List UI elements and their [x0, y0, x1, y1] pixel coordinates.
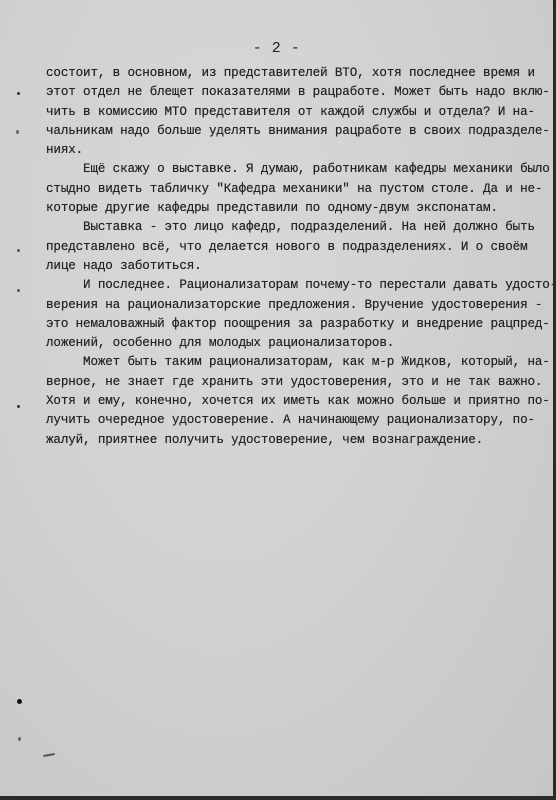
margin-scratch	[43, 753, 55, 757]
page-number: - 2 -	[0, 40, 553, 57]
body-text: состоит, в основном, из представителей В…	[46, 64, 532, 450]
text-line: Хотя и ему, конечно, хочется их иметь ка…	[46, 392, 532, 411]
text-line: верения на рационализаторские предложени…	[46, 296, 532, 315]
margin-speck	[17, 92, 20, 95]
text-line: ниях.	[46, 141, 532, 160]
margin-speck	[17, 405, 20, 408]
text-line: лучить очередное удостоверение. А начина…	[46, 411, 532, 430]
text-line: верное, не знает где хранить эти удостов…	[46, 373, 532, 392]
text-line: Может быть таким рационализаторам, как м…	[46, 353, 532, 372]
text-line: Ещё скажу о выставке. Я думаю, работника…	[46, 160, 532, 179]
margin-speck	[17, 699, 22, 704]
text-line: представлено всё, что делается нового в …	[46, 238, 532, 257]
text-line: чальникам надо больше уделять внимания р…	[46, 122, 532, 141]
text-line: Выставка - это лицо кафедр, подразделени…	[46, 218, 532, 237]
text-line: состоит, в основном, из представителей В…	[46, 64, 532, 83]
text-line: И последнее. Рационализаторам почему-то …	[46, 276, 532, 295]
text-line: лице надо заботиться.	[46, 257, 532, 276]
text-line: стыдно видеть табличку "Кафедра механики…	[46, 180, 532, 199]
margin-speck	[17, 249, 20, 252]
margin-speck	[17, 289, 20, 292]
text-line: это немаловажный фактор поощрения за раз…	[46, 315, 532, 334]
margin-speck	[16, 130, 19, 134]
text-line: этот отдел не блещет показателями в рацр…	[46, 83, 532, 102]
document-page: - 2 - состоит, в основном, из представит…	[0, 0, 553, 796]
text-line: чить в комиссию МТО представителя от каж…	[46, 103, 532, 122]
text-line: жалуй, приятнее получить удостоверение, …	[46, 431, 532, 450]
margin-speck	[18, 737, 21, 741]
text-line: которые другие кафедры представили по од…	[46, 199, 532, 218]
text-line: ложений, особенно для молодых рационализ…	[46, 334, 532, 353]
